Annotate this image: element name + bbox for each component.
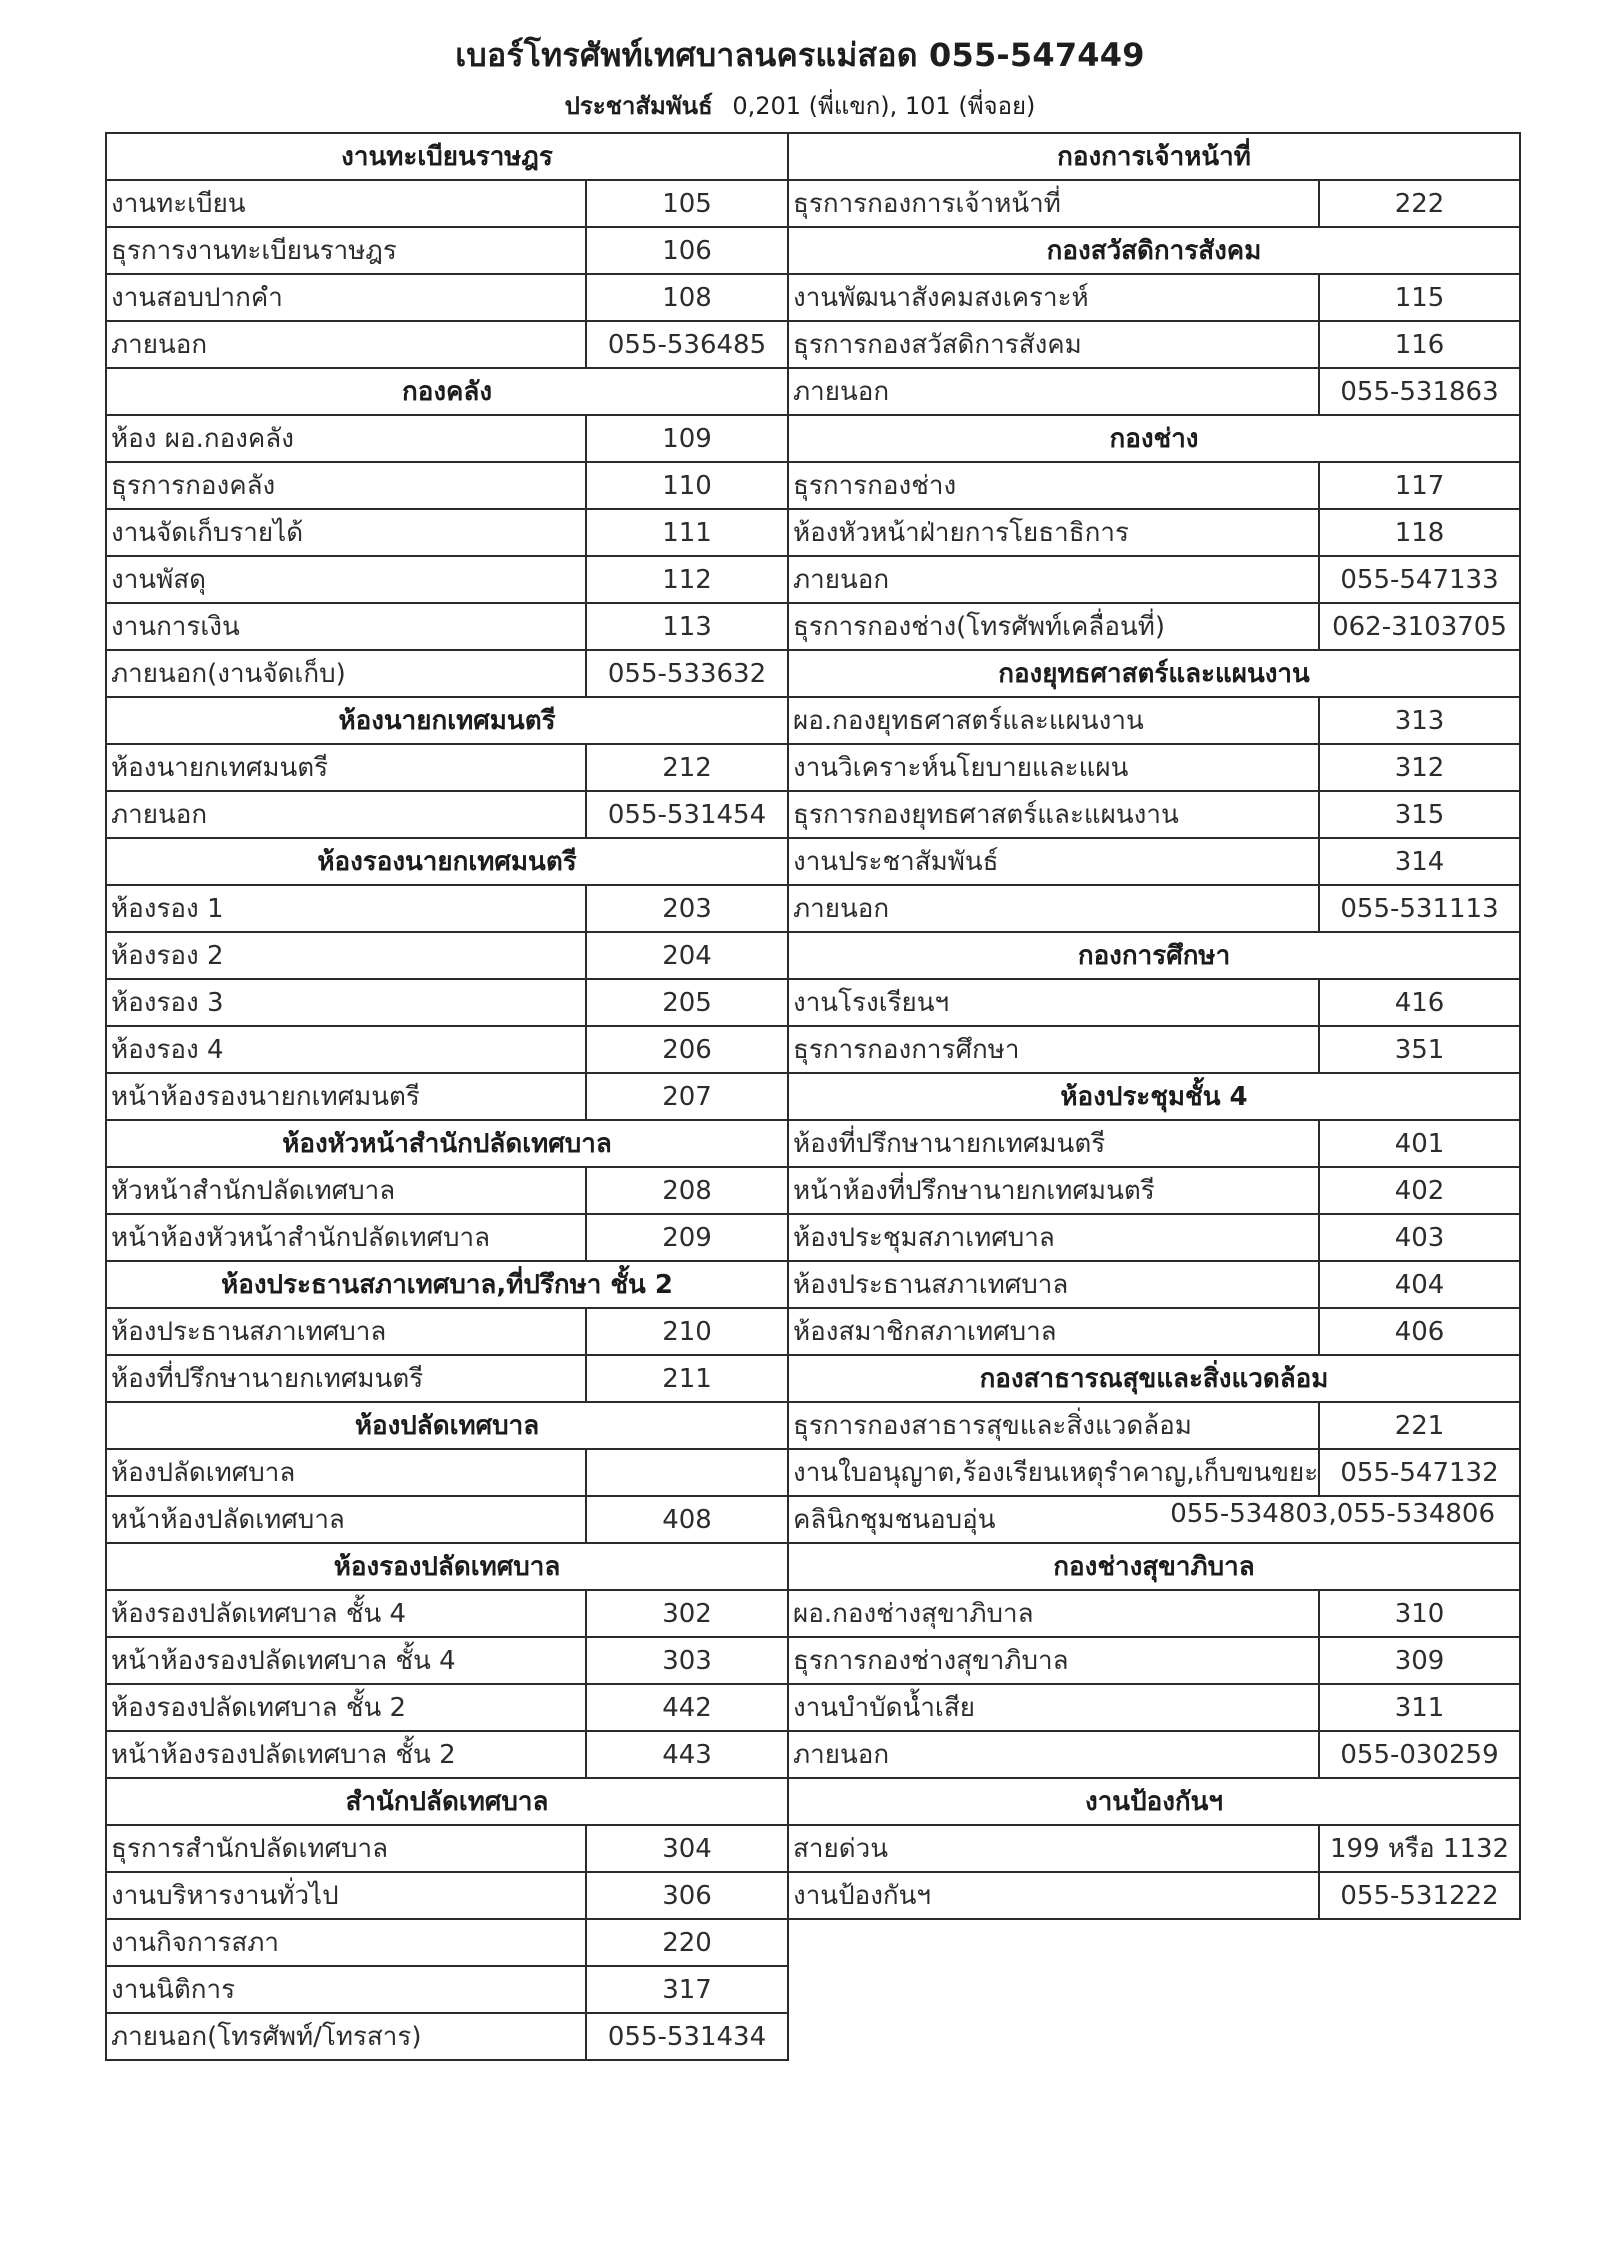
directory-row: งานทะเบียน105 bbox=[106, 180, 788, 227]
extension-number: 110 bbox=[586, 462, 788, 509]
directory-row: งานประชาสัมพันธ์314 bbox=[788, 838, 1520, 885]
entry-name: งานสอบปากคำ bbox=[106, 274, 586, 321]
directory-row: ธุรการกองยุทธศาสตร์และแผนงาน315 bbox=[788, 791, 1520, 838]
directory-row: ภายนอก(โทรศัพท์/โทรสาร)055-531434 bbox=[106, 2013, 788, 2060]
section-header: กองสาธารณสุขและสิ่งแวดล้อม bbox=[788, 1355, 1520, 1402]
entry-name: ธุรการกองคลัง bbox=[106, 462, 586, 509]
extension-number: 309 bbox=[1319, 1637, 1520, 1684]
entry-name: ห้องประชุมสภาเทศบาล bbox=[788, 1214, 1319, 1261]
section-header: กองการศึกษา bbox=[788, 932, 1520, 979]
entry-name: ห้องรอง 2 bbox=[106, 932, 586, 979]
entry-name: ห้องปลัดเทศบาล bbox=[106, 1449, 586, 1496]
directory-row: งานบำบัดน้ำเสีย311 bbox=[788, 1684, 1520, 1731]
directory-row: ห้องนายกเทศมนตรี212 bbox=[106, 744, 788, 791]
directory-row: ภายนอก055-531113 bbox=[788, 885, 1520, 932]
extension-number: 311 bbox=[1319, 1684, 1520, 1731]
extension-number: 108 bbox=[586, 274, 788, 321]
entry-name: งานประชาสัมพันธ์ bbox=[788, 838, 1319, 885]
extension-number: 055-531863 bbox=[1319, 368, 1520, 415]
section-header: กองช่างสุขาภิบาล bbox=[788, 1543, 1520, 1590]
directory-row: หน้าห้องที่ปรึกษานายกเทศมนตรี402 bbox=[788, 1167, 1520, 1214]
section-header-row: ห้องหัวหน้าสำนักปลัดเทศบาล bbox=[106, 1120, 788, 1167]
directory-row: ผอ.กองยุทธศาสตร์และแผนงาน313 bbox=[788, 697, 1520, 744]
extension-number: 212 bbox=[586, 744, 788, 791]
extension-number: 306 bbox=[586, 1872, 788, 1919]
directory-row: งานการเงิน113 bbox=[106, 603, 788, 650]
extension-number: 401 bbox=[1319, 1120, 1520, 1167]
directory-row: ห้องหัวหน้าฝ่ายการโยธาธิการ118 bbox=[788, 509, 1520, 556]
directory-row: งานกิจการสภา220 bbox=[106, 1919, 788, 1966]
extension-number: 304 bbox=[586, 1825, 788, 1872]
directory-row: ห้องรอง 3205 bbox=[106, 979, 788, 1026]
directory-row: งานวิเคราะห์นโยบายและแผน312 bbox=[788, 744, 1520, 791]
extension-number: 106 bbox=[586, 227, 788, 274]
section-header-row: ห้องนายกเทศมนตรี bbox=[106, 697, 788, 744]
directory-row: ธุรการกองคลัง110 bbox=[106, 462, 788, 509]
section-header-row: กองช่าง bbox=[788, 415, 1520, 462]
extension-number: 312 bbox=[1319, 744, 1520, 791]
merged-entry-cell: คลินิกชุมชนอบอุ่น055-534803,055-534806 bbox=[788, 1496, 1520, 1543]
extension-number: 408 bbox=[586, 1496, 788, 1543]
extension-number: 416 bbox=[1319, 979, 1520, 1026]
directory-row: ห้องรองปลัดเทศบาล ชั้น 4302 bbox=[106, 1590, 788, 1637]
directory-row: ห้องสมาชิกสภาเทศบาล406 bbox=[788, 1308, 1520, 1355]
entry-name: ผอ.กองช่างสุขาภิบาล bbox=[788, 1590, 1319, 1637]
extension-number: 105 bbox=[586, 180, 788, 227]
left-directory-table: งานทะเบียนราษฎรงานทะเบียน105ธุรการงานทะเ… bbox=[105, 132, 789, 2061]
extension-number: 111 bbox=[586, 509, 788, 556]
section-header-row: สำนักปลัดเทศบาล bbox=[106, 1778, 788, 1825]
section-header: ห้องปลัดเทศบาล bbox=[106, 1402, 788, 1449]
entry-name: ห้องสมาชิกสภาเทศบาล bbox=[788, 1308, 1319, 1355]
entry-name: ห้องรอง 1 bbox=[106, 885, 586, 932]
extension-number: 351 bbox=[1319, 1026, 1520, 1073]
entry-name: งานจัดเก็บรายได้ bbox=[106, 509, 586, 556]
extension-number: 313 bbox=[1319, 697, 1520, 744]
extension-number: 211 bbox=[586, 1355, 788, 1402]
directory-row: งานพัสดุ112 bbox=[106, 556, 788, 603]
section-header-row: ห้องปลัดเทศบาล bbox=[106, 1402, 788, 1449]
directory-row: ธุรการกองการศึกษา351 bbox=[788, 1026, 1520, 1073]
entry-name: หน้าห้องที่ปรึกษานายกเทศมนตรี bbox=[788, 1167, 1319, 1214]
section-header-row: ห้องรองนายกเทศมนตรี bbox=[106, 838, 788, 885]
section-header: งานทะเบียนราษฎร bbox=[106, 133, 788, 180]
entry-name: ภายนอก(โทรศัพท์/โทรสาร) bbox=[106, 2013, 586, 2060]
entry-name: ห้องรอง 4 bbox=[106, 1026, 586, 1073]
entry-name: ห้อง ผอ.กองคลัง bbox=[106, 415, 586, 462]
entry-name: ภายนอก bbox=[106, 791, 586, 838]
entry-name: ธุรการกองการเจ้าหน้าที่ bbox=[788, 180, 1319, 227]
entry-name: ห้องหัวหน้าฝ่ายการโยธาธิการ bbox=[788, 509, 1319, 556]
section-header: กองสวัสดิการสังคม bbox=[788, 227, 1520, 274]
directory-row: ห้องประธานสภาเทศบาล404 bbox=[788, 1261, 1520, 1308]
section-header: กองการเจ้าหน้าที่ bbox=[788, 133, 1520, 180]
extension-number: 222 bbox=[1319, 180, 1520, 227]
entry-name: งานนิติการ bbox=[106, 1966, 586, 2013]
phone-number: 055-534803,055-534806 bbox=[1170, 1499, 1495, 1529]
entry-name: หน้าห้องปลัดเทศบาล bbox=[106, 1496, 586, 1543]
entry-name: ภายนอก(งานจัดเก็บ) bbox=[106, 650, 586, 697]
extension-number: 204 bbox=[586, 932, 788, 979]
section-header: งานป้องกันฯ bbox=[788, 1778, 1520, 1825]
entry-name: ภายนอก bbox=[788, 1731, 1319, 1778]
section-header-row: ห้องประธานสภาเทศบาล,ที่ปรึกษา ชั้น 2 bbox=[106, 1261, 788, 1308]
entry-name: ภายนอก bbox=[788, 885, 1319, 932]
entry-name: งานใบอนุญาต,ร้องเรียนเหตุรำคาญ,เก็บขนขยะ bbox=[788, 1449, 1319, 1496]
entry-name: งานการเงิน bbox=[106, 603, 586, 650]
extension-number: 205 bbox=[586, 979, 788, 1026]
extension-number: 109 bbox=[586, 415, 788, 462]
directory-row: ธุรการกองช่าง(โทรศัพท์เคลื่อนที่)062-310… bbox=[788, 603, 1520, 650]
entry-name: ธุรการสำนักปลัดเทศบาล bbox=[106, 1825, 586, 1872]
directory-row: ภายนอก055-030259 bbox=[788, 1731, 1520, 1778]
extension-number: 199 หรือ 1132 bbox=[1319, 1825, 1520, 1872]
directory-row: ธุรการกองสาธารสุขและสิ่งแวดล้อม221 bbox=[788, 1402, 1520, 1449]
extension-number: 310 bbox=[1319, 1590, 1520, 1637]
directory-row: หน้าห้องรองปลัดเทศบาล ชั้น 4303 bbox=[106, 1637, 788, 1684]
section-header: ห้องรองปลัดเทศบาล bbox=[106, 1543, 788, 1590]
directory-row: ห้องรอง 1203 bbox=[106, 885, 788, 932]
entry-name: งานพัฒนาสังคมสงเคราะห์ bbox=[788, 274, 1319, 321]
entry-name: ธุรการงานทะเบียนราษฎร bbox=[106, 227, 586, 274]
extension-number: 117 bbox=[1319, 462, 1520, 509]
directory-row: ภายนอก055-531863 bbox=[788, 368, 1520, 415]
section-header-row: กองการเจ้าหน้าที่ bbox=[788, 133, 1520, 180]
section-header-row: กองสาธารณสุขและสิ่งแวดล้อม bbox=[788, 1355, 1520, 1402]
section-header: กองช่าง bbox=[788, 415, 1520, 462]
entry-name: คลินิกชุมชนอบอุ่น bbox=[793, 1505, 996, 1535]
entry-name: ห้องนายกเทศมนตรี bbox=[106, 744, 586, 791]
extension-number: 209 bbox=[586, 1214, 788, 1261]
extension-number: 112 bbox=[586, 556, 788, 603]
extension-number: 055-547132 bbox=[1319, 1449, 1520, 1496]
section-header: ห้องประธานสภาเทศบาล,ที่ปรึกษา ชั้น 2 bbox=[106, 1261, 788, 1308]
section-header-row: กองการศึกษา bbox=[788, 932, 1520, 979]
entry-name: ธุรการกองสาธารสุขและสิ่งแวดล้อม bbox=[788, 1402, 1319, 1449]
entry-name: ธุรการกองช่าง(โทรศัพท์เคลื่อนที่) bbox=[788, 603, 1319, 650]
entry-name: งานทะเบียน bbox=[106, 180, 586, 227]
directory-row: ห้องรอง 4206 bbox=[106, 1026, 788, 1073]
section-header: ห้องหัวหน้าสำนักปลัดเทศบาล bbox=[106, 1120, 788, 1167]
section-header: สำนักปลัดเทศบาล bbox=[106, 1778, 788, 1825]
directory-row: งานจัดเก็บรายได้111 bbox=[106, 509, 788, 556]
extension-number: 055-030259 bbox=[1319, 1731, 1520, 1778]
directory-row: งานสอบปากคำ108 bbox=[106, 274, 788, 321]
directory-row: งานโรงเรียนฯ416 bbox=[788, 979, 1520, 1026]
section-header: ห้องรองนายกเทศมนตรี bbox=[106, 838, 788, 885]
extension-number bbox=[586, 1449, 788, 1496]
entry-name: ธุรการกองสวัสดิการสังคม bbox=[788, 321, 1319, 368]
entry-name: ห้องประธานสภาเทศบาล bbox=[106, 1308, 586, 1355]
directory-row: ธุรการกองสวัสดิการสังคม116 bbox=[788, 321, 1520, 368]
extension-number: 203 bbox=[586, 885, 788, 932]
entry-name: หน้าห้องรองนายกเทศมนตรี bbox=[106, 1073, 586, 1120]
extension-number: 118 bbox=[1319, 509, 1520, 556]
entry-name: ห้องรองปลัดเทศบาล ชั้น 4 bbox=[106, 1590, 586, 1637]
extension-number: 317 bbox=[586, 1966, 788, 2013]
entry-name: หน้าห้องหัวหน้าสำนักปลัดเทศบาล bbox=[106, 1214, 586, 1261]
entry-name: งานกิจการสภา bbox=[106, 1919, 586, 1966]
section-header-row: งานป้องกันฯ bbox=[788, 1778, 1520, 1825]
entry-name: ภายนอก bbox=[788, 556, 1319, 603]
extension-number: 062-3103705 bbox=[1319, 603, 1520, 650]
directory-row: หน้าห้องรองนายกเทศมนตรี207 bbox=[106, 1073, 788, 1120]
entry-name: งานวิเคราะห์นโยบายและแผน bbox=[788, 744, 1319, 791]
directory-row: งานพัฒนาสังคมสงเคราะห์115 bbox=[788, 274, 1520, 321]
entry-name: หน้าห้องรองปลัดเทศบาล ชั้น 4 bbox=[106, 1637, 586, 1684]
directory-row: งานใบอนุญาต,ร้องเรียนเหตุรำคาญ,เก็บขนขยะ… bbox=[788, 1449, 1520, 1496]
section-header-row: กองคลัง bbox=[106, 368, 788, 415]
extension-number: 221 bbox=[1319, 1402, 1520, 1449]
directory-row: ห้องรองปลัดเทศบาล ชั้น 2442 bbox=[106, 1684, 788, 1731]
directory-row: หัวหน้าสำนักปลัดเทศบาล208 bbox=[106, 1167, 788, 1214]
entry-name: ห้องที่ปรึกษานายกเทศมนตรี bbox=[788, 1120, 1319, 1167]
directory-row: ผอ.กองช่างสุขาภิบาล310 bbox=[788, 1590, 1520, 1637]
extension-number: 403 bbox=[1319, 1214, 1520, 1261]
extension-number: 210 bbox=[586, 1308, 788, 1355]
entry-name: ห้องรองปลัดเทศบาล ชั้น 2 bbox=[106, 1684, 586, 1731]
entry-name: งานป้องกันฯ bbox=[788, 1872, 1319, 1919]
directory-row: งานบริหารงานทั่วไป306 bbox=[106, 1872, 788, 1919]
entry-name: ธุรการกองการศึกษา bbox=[788, 1026, 1319, 1073]
extension-number: 055-531454 bbox=[586, 791, 788, 838]
extension-number: 208 bbox=[586, 1167, 788, 1214]
directory-row: ภายนอก055-536485 bbox=[106, 321, 788, 368]
directory-row: ห้องรอง 2204 bbox=[106, 932, 788, 979]
section-header: กองยุทธศาสตร์และแผนงาน bbox=[788, 650, 1520, 697]
directory-row: ห้องที่ปรึกษานายกเทศมนตรี211 bbox=[106, 1355, 788, 1402]
directory-row: ภายนอก(งานจัดเก็บ)055-533632 bbox=[106, 650, 788, 697]
section-header-row: ห้องรองปลัดเทศบาล bbox=[106, 1543, 788, 1590]
section-header-row: ห้องประชุมชั้น 4 bbox=[788, 1073, 1520, 1120]
entry-name: ธุรการกองช่างสุขาภิบาล bbox=[788, 1637, 1319, 1684]
entry-name: หน้าห้องรองปลัดเทศบาล ชั้น 2 bbox=[106, 1731, 586, 1778]
directory-row: ธุรการงานทะเบียนราษฎร106 bbox=[106, 227, 788, 274]
extension-number: 206 bbox=[586, 1026, 788, 1073]
section-header: ห้องประชุมชั้น 4 bbox=[788, 1073, 1520, 1120]
entry-name: ผอ.กองยุทธศาสตร์และแผนงาน bbox=[788, 697, 1319, 744]
entry-name: ห้องรอง 3 bbox=[106, 979, 586, 1026]
entry-name: ภายนอก bbox=[106, 321, 586, 368]
entry-name: ห้องประธานสภาเทศบาล bbox=[788, 1261, 1319, 1308]
section-header: กองคลัง bbox=[106, 368, 788, 415]
document-title: เบอร์โทรศัพท์เทศบาลนครแม่สอด 055-547449 bbox=[0, 30, 1600, 81]
extension-number: 443 bbox=[586, 1731, 788, 1778]
directory-row: หน้าห้องรองปลัดเทศบาล ชั้น 2443 bbox=[106, 1731, 788, 1778]
extension-number: 302 bbox=[586, 1590, 788, 1637]
extension-number: 220 bbox=[586, 1919, 788, 1966]
extension-number: 207 bbox=[586, 1073, 788, 1120]
directory-row: งานนิติการ317 bbox=[106, 1966, 788, 2013]
extension-number: 055-531113 bbox=[1319, 885, 1520, 932]
pr-label: ประชาสัมพันธ์ bbox=[565, 92, 713, 120]
entry-name: งานบริหารงานทั่วไป bbox=[106, 1872, 586, 1919]
extension-number: 055-533632 bbox=[586, 650, 788, 697]
extension-number: 115 bbox=[1319, 274, 1520, 321]
directory-row: ธุรการกองช่างสุขาภิบาล309 bbox=[788, 1637, 1520, 1684]
extension-number: 055-547133 bbox=[1319, 556, 1520, 603]
directory-row: ธุรการกองการเจ้าหน้าที่222 bbox=[788, 180, 1520, 227]
entry-name: งานพัสดุ bbox=[106, 556, 586, 603]
pr-contact-line: ประชาสัมพันธ์ 0,201 (พี่แขก), 101 (พี่จอ… bbox=[0, 86, 1600, 125]
directory-row: ธุรการสำนักปลัดเทศบาล304 bbox=[106, 1825, 788, 1872]
section-header: ห้องนายกเทศมนตรี bbox=[106, 697, 788, 744]
directory-row: ห้อง ผอ.กองคลัง109 bbox=[106, 415, 788, 462]
extension-number: 402 bbox=[1319, 1167, 1520, 1214]
section-header-row: กองสวัสดิการสังคม bbox=[788, 227, 1520, 274]
extension-number: 315 bbox=[1319, 791, 1520, 838]
pr-extensions: 0,201 (พี่แขก), 101 (พี่จอย) bbox=[732, 92, 1035, 120]
directory-row: งานป้องกันฯ055-531222 bbox=[788, 1872, 1520, 1919]
entry-name: ธุรการกองยุทธศาสตร์และแผนงาน bbox=[788, 791, 1319, 838]
extension-number: 404 bbox=[1319, 1261, 1520, 1308]
entry-name: ธุรการกองช่าง bbox=[788, 462, 1319, 509]
directory-row: ห้องปลัดเทศบาล bbox=[106, 1449, 788, 1496]
extension-number: 442 bbox=[586, 1684, 788, 1731]
entry-name: ภายนอก bbox=[788, 368, 1319, 415]
section-header-row: กองยุทธศาสตร์และแผนงาน bbox=[788, 650, 1520, 697]
right-directory-table: กองการเจ้าหน้าที่ธุรการกองการเจ้าหน้าที่… bbox=[787, 132, 1521, 1920]
extension-number: 055-536485 bbox=[586, 321, 788, 368]
directory-row: ห้องประชุมสภาเทศบาล403 bbox=[788, 1214, 1520, 1261]
directory-row: ภายนอก055-547133 bbox=[788, 556, 1520, 603]
directory-row: ห้องประธานสภาเทศบาล210 bbox=[106, 1308, 788, 1355]
directory-row: ธุรการกองช่าง117 bbox=[788, 462, 1520, 509]
entry-name: หัวหน้าสำนักปลัดเทศบาล bbox=[106, 1167, 586, 1214]
directory-row: คลินิกชุมชนอบอุ่น055-534803,055-534806 bbox=[788, 1496, 1520, 1543]
entry-name: งานโรงเรียนฯ bbox=[788, 979, 1319, 1026]
directory-row: สายด่วน199 หรือ 1132 bbox=[788, 1825, 1520, 1872]
directory-row: หน้าห้องหัวหน้าสำนักปลัดเทศบาล209 bbox=[106, 1214, 788, 1261]
extension-number: 055-531222 bbox=[1319, 1872, 1520, 1919]
entry-name: งานบำบัดน้ำเสีย bbox=[788, 1684, 1319, 1731]
section-header-row: งานทะเบียนราษฎร bbox=[106, 133, 788, 180]
section-header-row: กองช่างสุขาภิบาล bbox=[788, 1543, 1520, 1590]
directory-row: ห้องที่ปรึกษานายกเทศมนตรี401 bbox=[788, 1120, 1520, 1167]
extension-number: 113 bbox=[586, 603, 788, 650]
extension-number: 406 bbox=[1319, 1308, 1520, 1355]
extension-number: 055-531434 bbox=[586, 2013, 788, 2060]
extension-number: 116 bbox=[1319, 321, 1520, 368]
extension-number: 314 bbox=[1319, 838, 1520, 885]
directory-row: ภายนอก055-531454 bbox=[106, 791, 788, 838]
entry-name: สายด่วน bbox=[788, 1825, 1319, 1872]
directory-row: หน้าห้องปลัดเทศบาล408 bbox=[106, 1496, 788, 1543]
extension-number: 303 bbox=[586, 1637, 788, 1684]
entry-name: ห้องที่ปรึกษานายกเทศมนตรี bbox=[106, 1355, 586, 1402]
